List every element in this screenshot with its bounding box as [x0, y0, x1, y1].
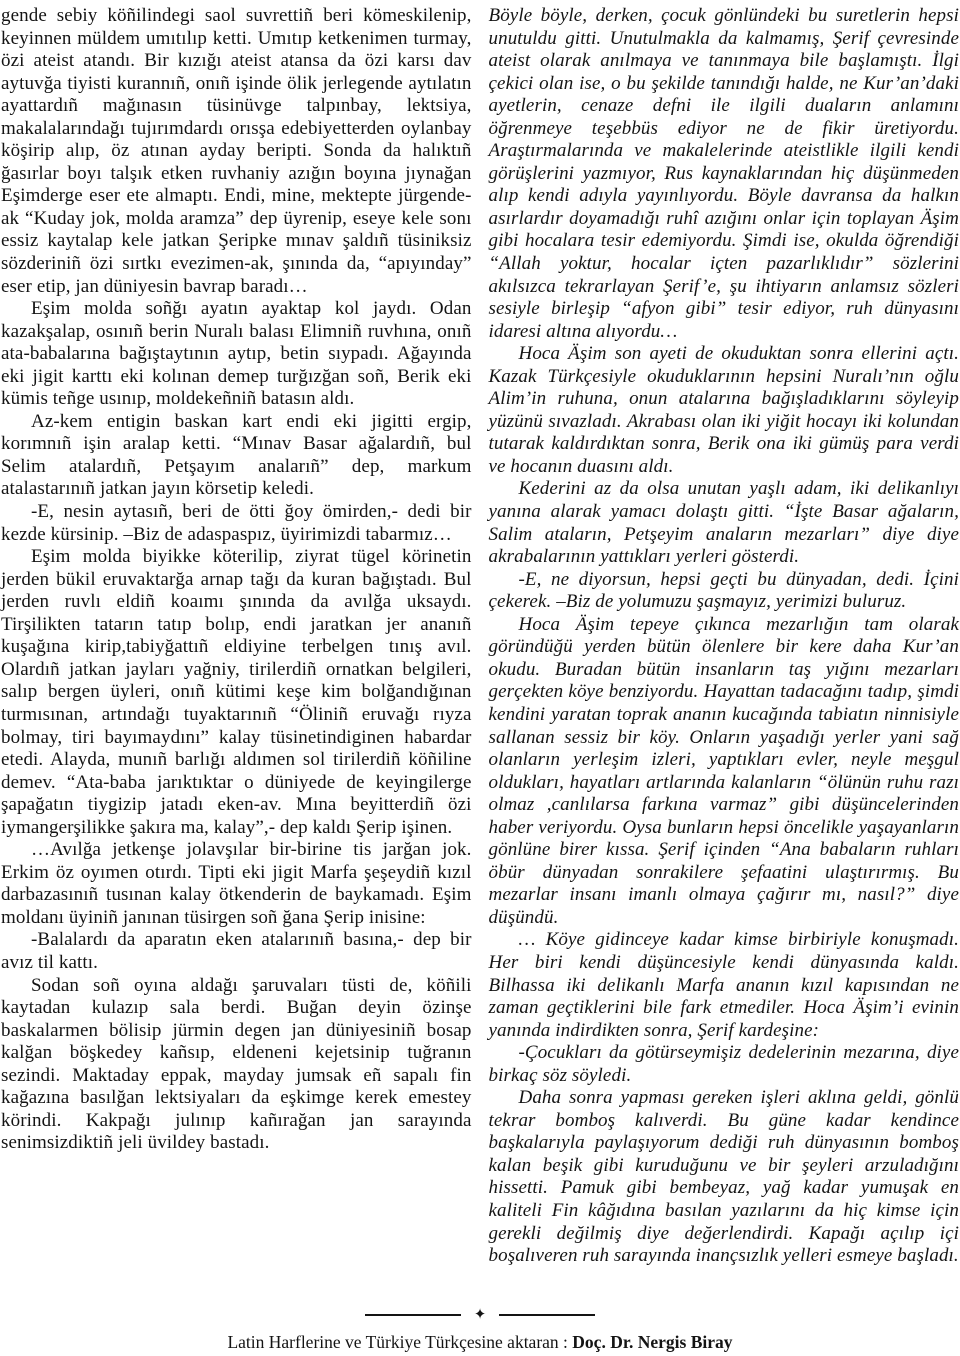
- paragraph: Kederini az da olsa unutan yaşlı adam, i…: [489, 478, 960, 568]
- paragraph: -E, ne diyorsun, hepsi geçti bu dünyadan…: [489, 569, 960, 614]
- footer-divider: ✦: [0, 1308, 960, 1323]
- divider-rule-right: [499, 1314, 595, 1316]
- page-footer: ✦ Latin Harflerine ve Türkiye Türkçesine…: [0, 1308, 960, 1352]
- left-text-column: gende sebiy köñilindegi saol suvrettiñ b…: [1, 5, 472, 1268]
- two-column-text-layout: gende sebiy köñilindegi saol suvrettiñ b…: [0, 0, 960, 1268]
- paragraph: Eşim molda soñğı ayatın ayaktap kol jayd…: [1, 298, 472, 411]
- paragraph: Böyle böyle, derken, çocuk gönlündeki bu…: [489, 5, 960, 343]
- paragraph: Daha sonra yapması gereken işleri aklına…: [489, 1087, 960, 1267]
- four-pointed-star-icon: ✦: [474, 1308, 487, 1323]
- paragraph: Eşim molda biyikke köterilip, ziyrat tüg…: [1, 546, 472, 839]
- paragraph: … Köye gidinceye kadar kimse birbiriyle …: [489, 929, 960, 1042]
- paragraph: -E, nesin aytasıñ, beri de ötti ğoy ömir…: [1, 501, 472, 546]
- paragraph: gende sebiy köñilindegi saol suvrettiñ b…: [1, 5, 472, 298]
- translator-name: Doç. Dr. Nergis Biray: [572, 1332, 732, 1352]
- translator-credit: Latin Harflerine ve Türkiye Türkçesine a…: [0, 1332, 960, 1352]
- paragraph: Hoca Äşim son ayeti de okuduktan sonra e…: [489, 343, 960, 478]
- paragraph: …Avılğa jetkenşe jolavşılar bir-birine t…: [1, 839, 472, 929]
- paragraph: -Balalardı da aparatın eken atalarınıñ b…: [1, 929, 472, 974]
- paragraph: Sodan soñ oyına aldağı şaruvaları tüsti …: [1, 975, 472, 1155]
- paragraph: Az-kem entigin baskan kart endi eki jigi…: [1, 411, 472, 501]
- divider-rule-left: [365, 1314, 461, 1316]
- paragraph: -Çocukları da götürseymişiz dedelerinin …: [489, 1042, 960, 1087]
- document-page: gende sebiy köñilindegi saol suvrettiñ b…: [0, 0, 960, 1356]
- paragraph: Hoca Äşim tepeye çıkınca mezarlığın tam …: [489, 614, 960, 930]
- credit-prefix-text: Latin Harflerine ve Türkiye Türkçesine a…: [227, 1332, 572, 1352]
- right-text-column: Böyle böyle, derken, çocuk gönlündeki bu…: [489, 5, 960, 1268]
